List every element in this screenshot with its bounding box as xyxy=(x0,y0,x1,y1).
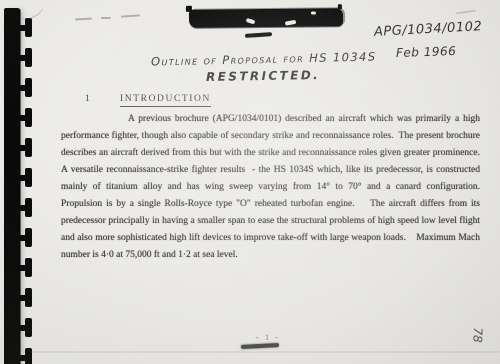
handwritten-title: Outline of Proposal for HS 1034S xyxy=(151,49,377,68)
scanned-document-page: APG/1034/0102 Feb 1966 Outline of Propos… xyxy=(0,0,500,364)
scribble-gap xyxy=(311,11,316,14)
section-number: 1 xyxy=(85,94,90,104)
binding-tooth xyxy=(18,235,26,241)
binding-tooth xyxy=(18,175,26,181)
binding-tooth xyxy=(18,85,26,91)
pencil-mark xyxy=(456,10,476,15)
binding-tooth xyxy=(18,145,26,151)
binding-tooth xyxy=(18,115,26,121)
binding-tooth xyxy=(18,355,26,361)
pencil-mark xyxy=(101,17,111,19)
binding-tooth xyxy=(18,55,26,61)
binding-tooth xyxy=(18,295,26,301)
scribble-gap xyxy=(246,18,256,25)
ink-smudge xyxy=(241,343,279,349)
scribble-edge xyxy=(338,4,342,9)
scan-fold-line xyxy=(30,351,500,353)
classification-marking: RESTRICTED. xyxy=(206,68,320,84)
introduction-paragraph: A previous brochure (APG/1034/0101) desc… xyxy=(61,111,480,264)
binding-tooth xyxy=(18,325,26,331)
corner-page-number: 78 xyxy=(470,327,485,343)
reference-number: APG/1034/0102 xyxy=(374,19,483,40)
pencil-mark xyxy=(75,18,92,21)
scribble-gap xyxy=(285,20,297,26)
page-number: - 1 - xyxy=(238,332,298,342)
comb-binding-spine xyxy=(4,8,20,364)
document-date: Feb 1966 xyxy=(396,44,457,60)
binding-tooth xyxy=(18,25,26,31)
scribble-edge xyxy=(186,6,192,12)
section-title: INTRODUCTION xyxy=(120,94,211,107)
pencil-mark xyxy=(121,14,140,17)
redacted-title-scribble xyxy=(189,8,343,28)
binding-tooth xyxy=(18,265,26,271)
redaction-underline-dash xyxy=(245,32,272,38)
binding-tooth xyxy=(18,205,26,211)
